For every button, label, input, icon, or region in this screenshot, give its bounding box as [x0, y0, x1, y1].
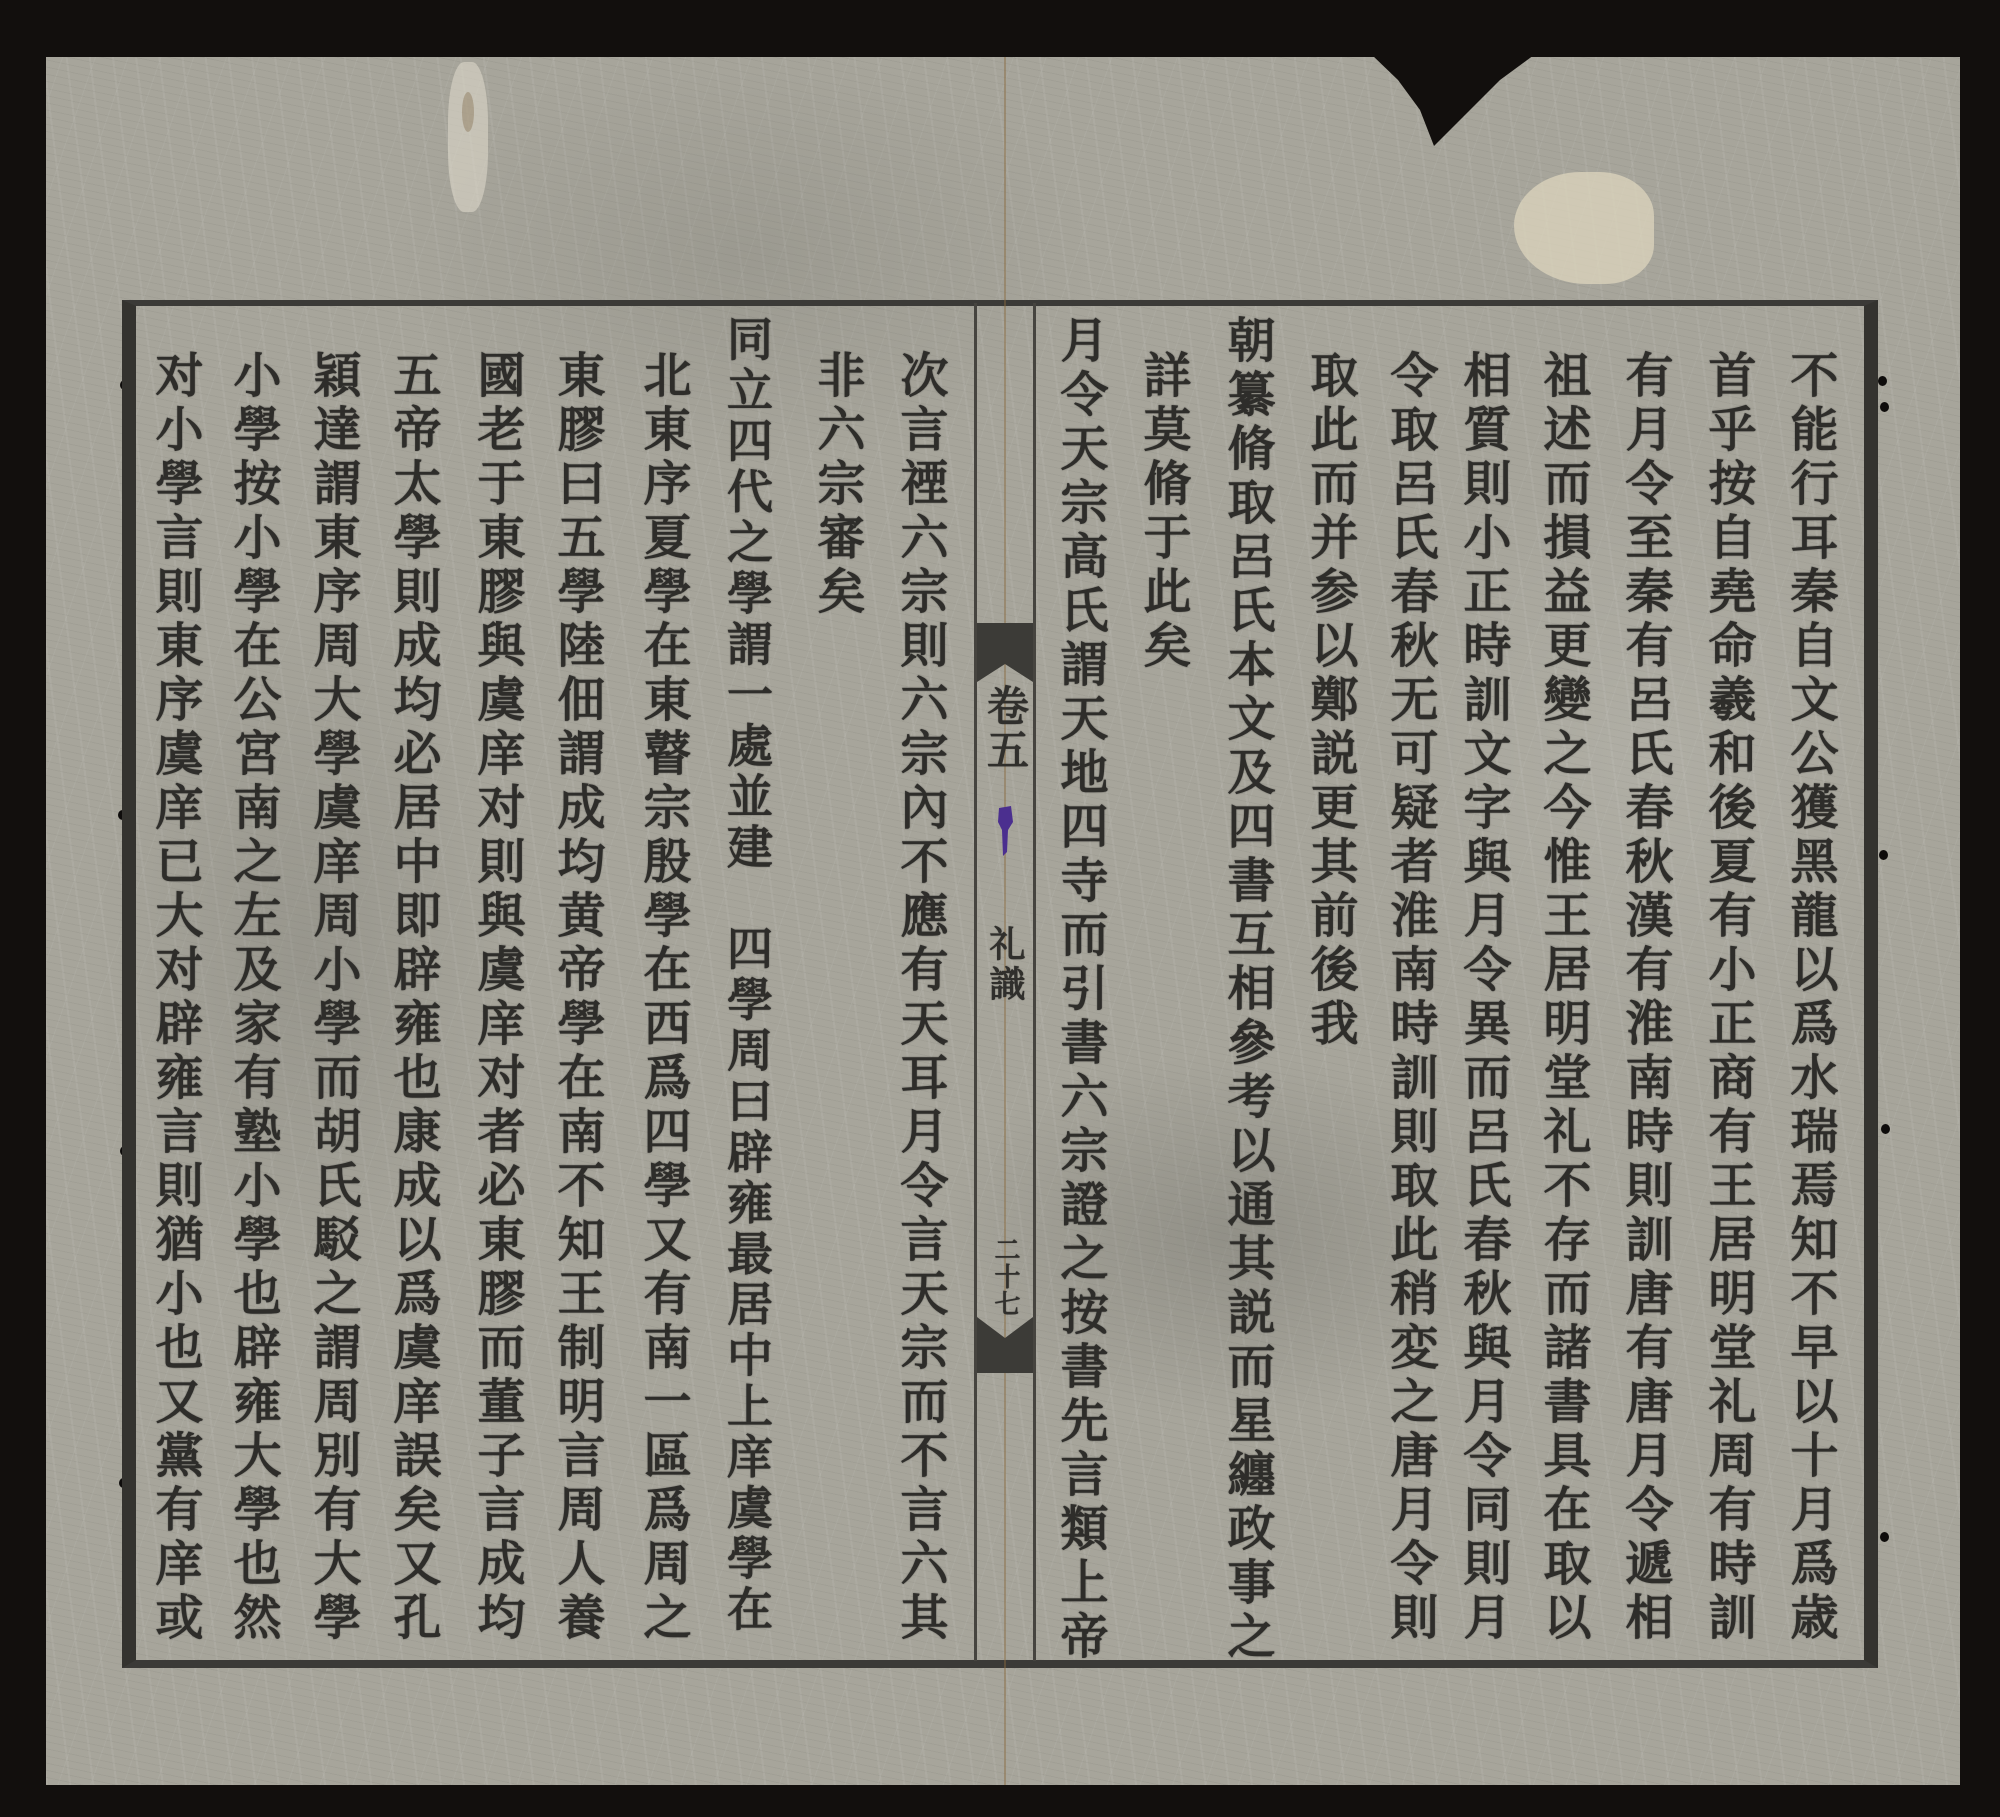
text-column: 首乎按自堯命羲和後夏有小正商有王居明堂礼周有時訓: [1701, 350, 1755, 1646]
text-column: 穎達謂東序周大學虞庠周小學而胡氏駁之謂周別有大學: [306, 350, 360, 1646]
text-column: 五帝太學則成均必居中即辟雍也康成以爲虞庠誤矣又孔: [386, 350, 440, 1646]
fold-crease: [1004, 57, 1006, 1785]
text-column: 取此而并参以鄭説更其前後我: [1303, 350, 1357, 1052]
leaf-number: 二十七: [980, 1236, 1030, 1317]
text-column: 次言禋六宗則六宗內不應有天耳月令言天宗而不言六其: [893, 350, 947, 1646]
center-column-left-rule: [974, 303, 977, 1661]
binding-hole: [1879, 850, 1888, 860]
text-column: 東膠曰五學陸佃謂成均黄帝學在南不知王制明言周人養: [550, 350, 604, 1646]
text-column: 非六宗審矣: [810, 350, 864, 620]
text-column: 对小學言則東序虞庠已大对辟雍言則猶小也又黨有庠或: [148, 350, 202, 1646]
binding-hole: [1878, 376, 1887, 386]
text-column: 令取呂氏春秋无可疑者淮南時訓則取此稍変之唐月令則: [1383, 350, 1437, 1646]
binding-hole: [1880, 402, 1889, 412]
text-column: 有月令至秦有呂氏春秋漢有淮南時則訓唐有唐月令遞相: [1618, 350, 1672, 1646]
text-column-elevated: 朝纂脩取呂氏本文及四書互相參考以通其説而星纏政事之: [1220, 315, 1274, 1665]
binding-hole: [1880, 1532, 1889, 1542]
binding-hole: [1881, 1124, 1890, 1134]
text-column: 北東序夏學在東瞽宗殷學在西爲四學又有南一區爲周之: [636, 350, 690, 1646]
volume-label: 卷五: [980, 684, 1030, 772]
text-column-entry-start: 月令天宗高氏謂天地四寺而引書六宗證之按書先言類上帝: [1053, 315, 1107, 1665]
text-column: 詳莫脩于此矣: [1136, 350, 1190, 674]
center-column-right-rule: [1033, 303, 1036, 1661]
text-column: 不能行耳秦自文公獲黑龍以爲水瑞焉知不早以十月爲歳: [1783, 350, 1837, 1646]
repair-patch-top-right: [1514, 172, 1654, 284]
text-column: 祖述而損益更變之今惟王居明堂礼不存而諸書具在取以: [1536, 350, 1590, 1646]
text-column: 小學按小學在公宮南之左及家有塾小學也辟雍大學也然: [226, 350, 280, 1646]
stain-top-left: [462, 92, 474, 132]
text-column: 相質則小正時訓文字與月令異而呂氏春秋與月令同則月: [1456, 350, 1510, 1646]
light-crease-top-left: [448, 62, 488, 212]
text-column: 國老于東膠與虞庠对則與虞庠对者必東膠而董子言成均: [470, 350, 524, 1646]
text-column-entry-start: 同立四代之學謂一處並建 四學周曰辟雍最居中上庠虞學在: [720, 315, 774, 1636]
book-title-label: 礼識: [980, 925, 1030, 1005]
